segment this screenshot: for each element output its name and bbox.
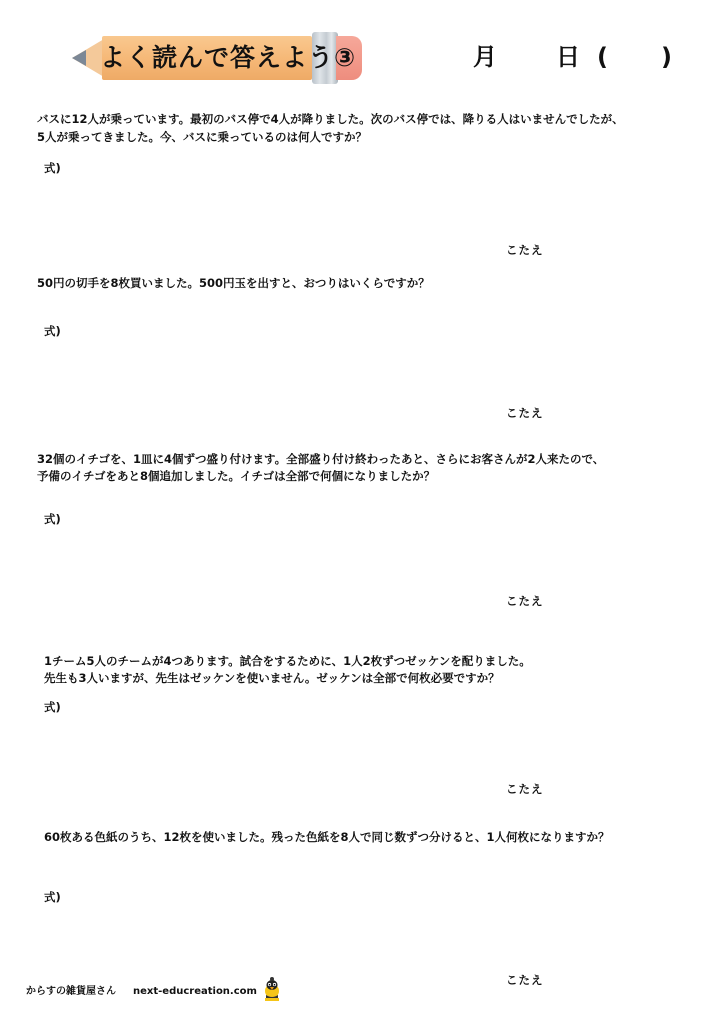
worksheet-title-banner: よく読んで答えよう③ [72, 34, 362, 82]
month-label: 月 [473, 40, 497, 74]
problem-4-answer-label: こたえ [506, 781, 544, 797]
footer-website-link[interactable]: next-educreation.com [133, 985, 257, 999]
problem-1-line-2: 5人が乗ってきました。今、バスに乗っているのは何人ですか？ [37, 128, 367, 146]
problem-2-formula-label: 式) [44, 323, 61, 339]
problem-2-answer-label: こたえ [506, 405, 544, 421]
problem-3-line-1: 32個のイチゴを、1皿に4個ずつ盛り付けます。全部盛り付け終わったあと、さらにお… [37, 450, 604, 468]
problem-5-formula-label: 式) [44, 889, 61, 905]
problem-4-line-1: 1チーム5人のチームが4つあります。試合をするために、1人2枚ずつゼッケンを配り… [44, 652, 531, 670]
weekday-paren-close: ) [661, 40, 672, 74]
page-title: よく読んで答えよう③ [100, 38, 356, 78]
problem-1-formula-label: 式) [44, 160, 61, 176]
problem-3-formula-label: 式) [44, 511, 61, 527]
problem-5-line-1: 60枚ある色紙のうち、12枚を使いました。残った色紙を8人で同じ数ずつ分けると、… [44, 828, 610, 846]
problem-2-line-1: 50円の切手を8枚買いました。500円玉を出すと、おつりはいくらですか？ [37, 274, 430, 292]
crow-mascot-icon [262, 976, 282, 1002]
problem-3-line-2: 予備のイチゴをあと8個追加しました。イチゴは全部で何個になりましたか？ [37, 467, 435, 485]
pencil-lead-icon [72, 50, 86, 66]
day-label: 日 [556, 40, 580, 74]
problem-3-answer-label: こたえ [506, 593, 544, 609]
problem-1-answer-label: こたえ [506, 242, 544, 258]
problem-1-line-1: バスに12人が乗っています。最初のバス停で4人が降りました。次のバス停では、降り… [37, 110, 624, 128]
problem-5-answer-label: こたえ [506, 972, 544, 988]
weekday-paren-open: ( [597, 40, 608, 74]
footer-shop-name: からすの雑貨屋さん [26, 985, 116, 999]
problem-4-line-2: 先生も3人いますが、先生はゼッケンを使いません。ゼッケンは全部で何枚必要ですか？ [44, 669, 500, 687]
problem-4-formula-label: 式) [44, 699, 61, 715]
